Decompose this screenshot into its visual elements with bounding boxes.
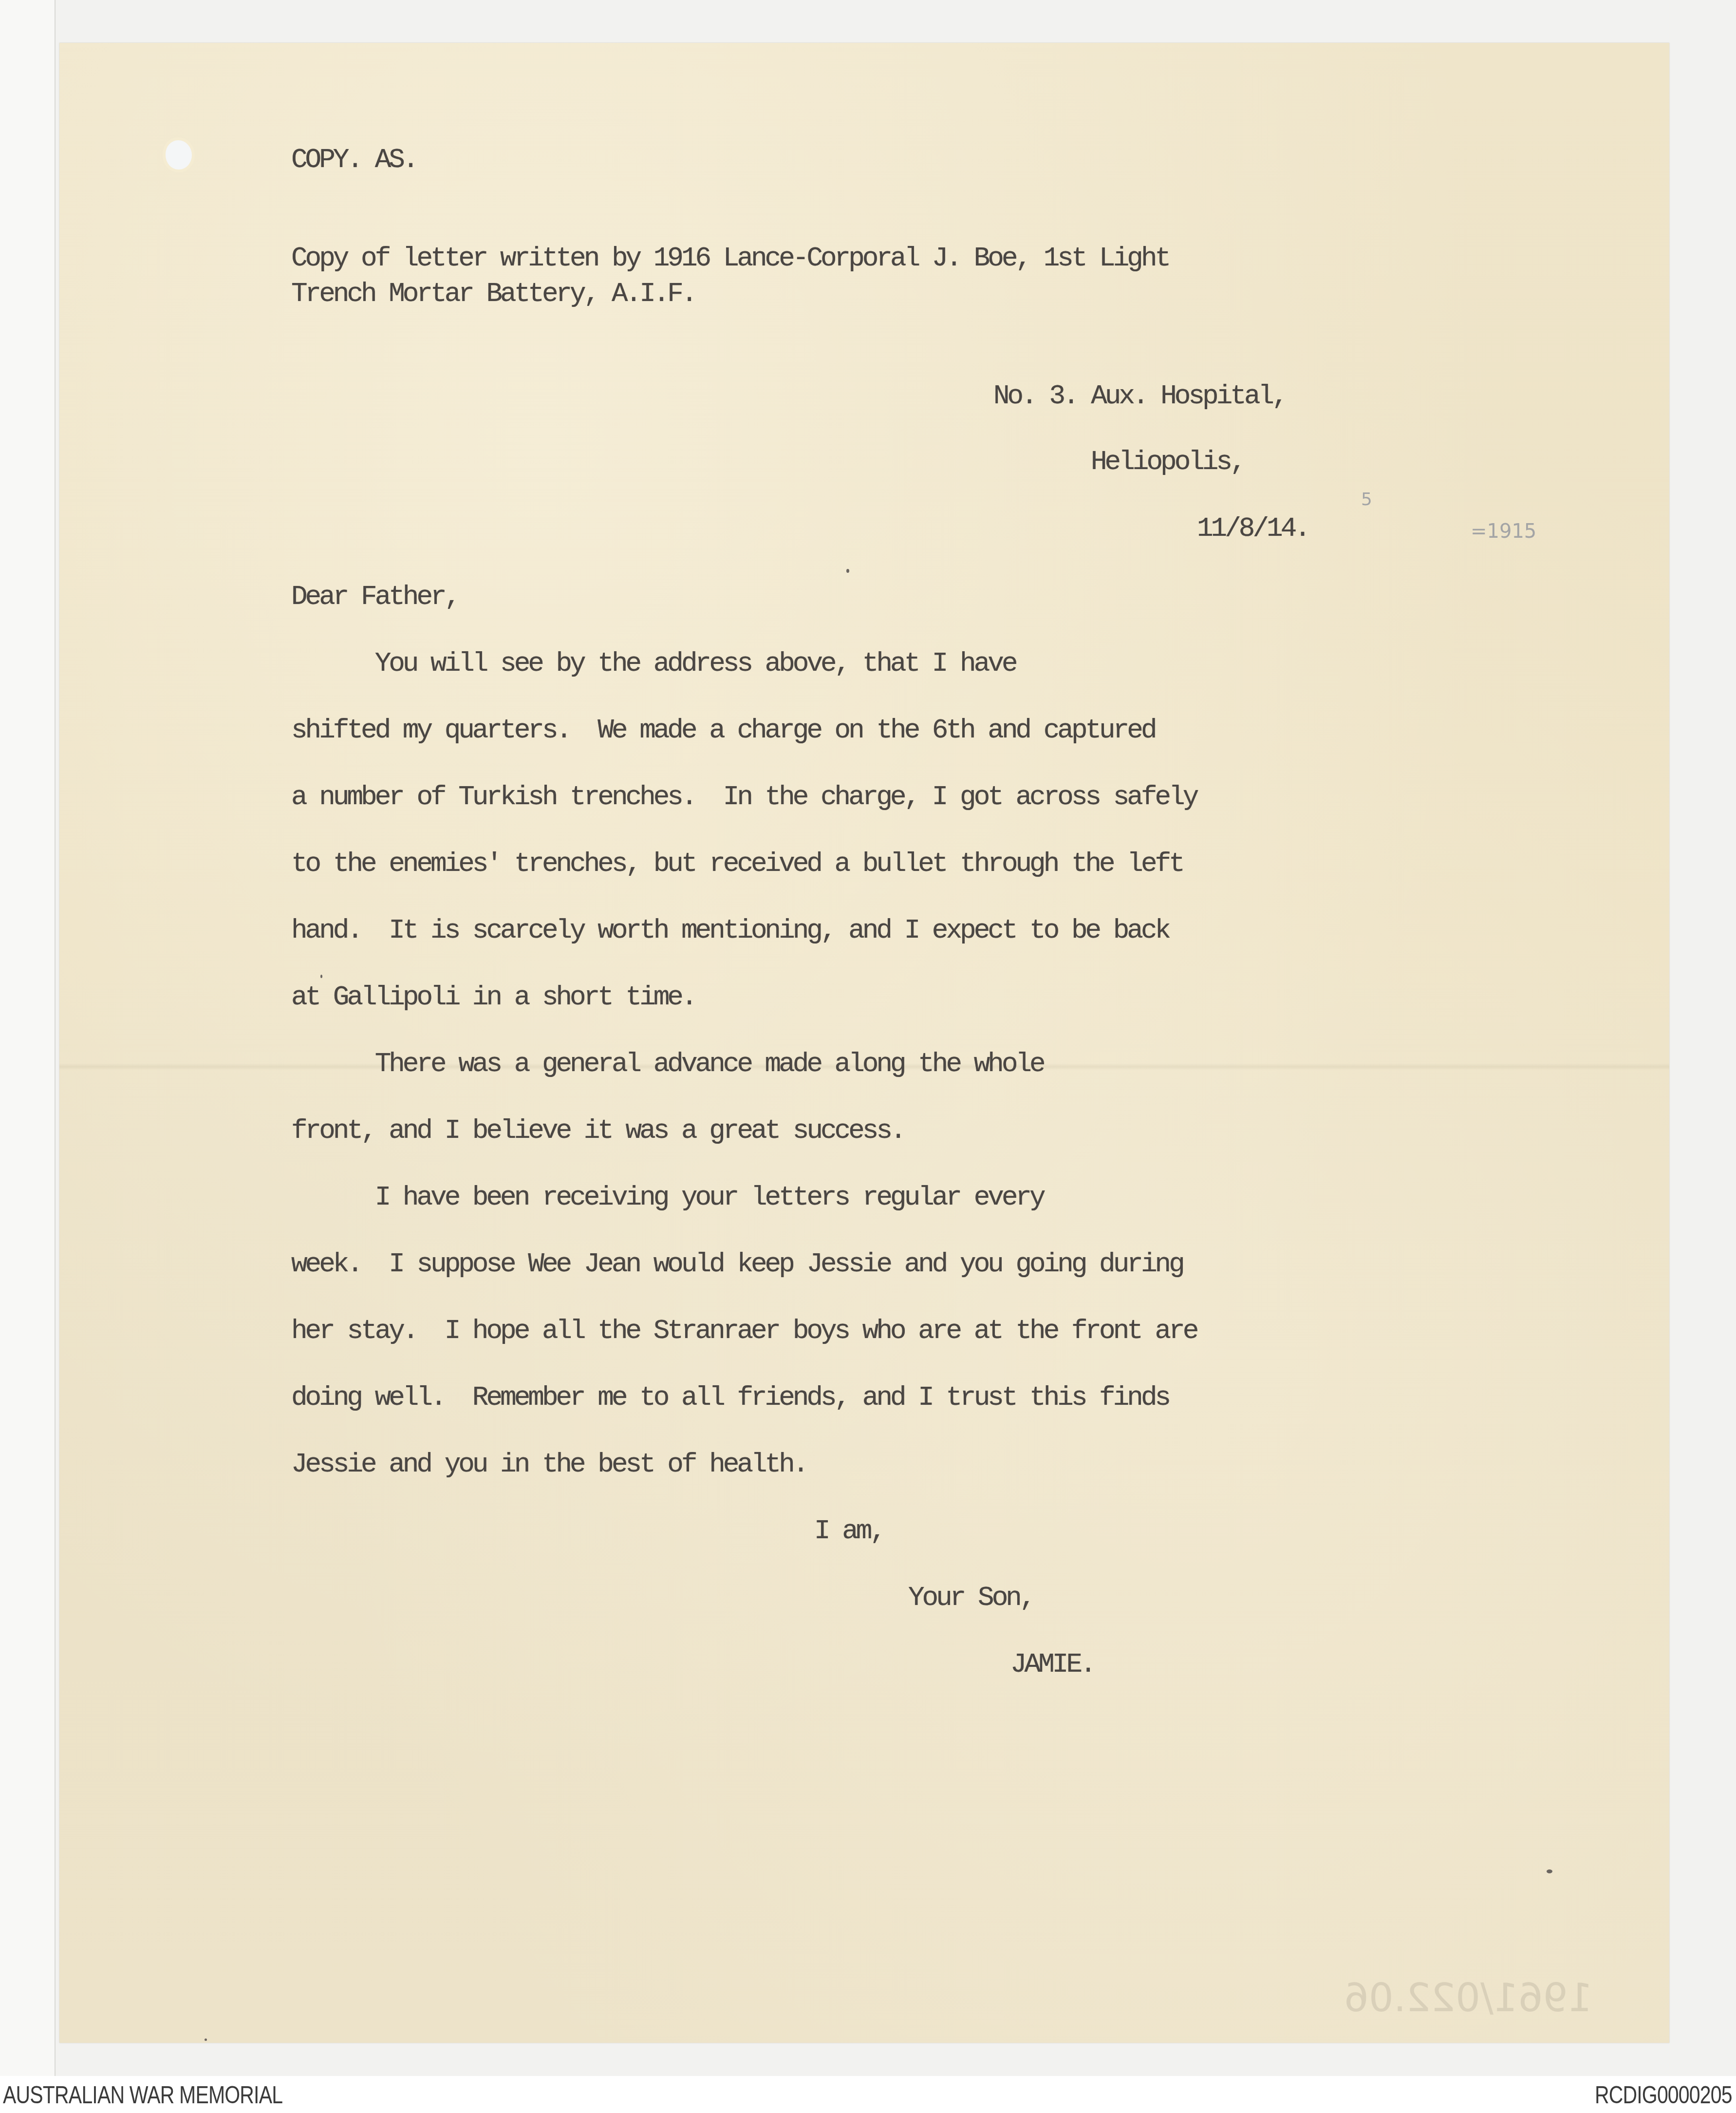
body-line: her stay. I hope all the Stranraer boys … bbox=[291, 1317, 1196, 1344]
body-line: hand. It is scarcely worth mentioning, a… bbox=[291, 917, 1169, 944]
pencil-year-note: =1915 bbox=[1471, 520, 1536, 543]
punch-hole-icon bbox=[166, 140, 192, 170]
pencil-date-correction: 5 bbox=[1361, 490, 1372, 509]
body-line: I have been receiving your letters regul… bbox=[291, 1184, 1044, 1211]
copy-header-mark: COPY. AS. bbox=[291, 146, 416, 173]
institution-name: AUSTRALIAN WAR MEMORIAL bbox=[3, 2081, 282, 2109]
salutation: Dear Father, bbox=[291, 583, 458, 610]
body-line: at Gallipoli in a short time. bbox=[291, 983, 695, 1011]
ink-speck bbox=[205, 2038, 207, 2041]
ink-speck bbox=[846, 569, 849, 573]
closing-your-son: Your Son, bbox=[908, 1584, 1033, 1611]
ink-speck bbox=[1547, 1869, 1552, 1873]
letter-date: 11/8/14. bbox=[1197, 515, 1308, 542]
body-line: to the enemies' trenches, but received a… bbox=[291, 850, 1183, 877]
ink-speck bbox=[320, 975, 322, 978]
body-line: week. I suppose Wee Jean would keep Jess… bbox=[291, 1250, 1183, 1278]
address-hospital: No. 3. Aux. Hospital, bbox=[993, 382, 1286, 410]
body-line: You will see by the address above, that … bbox=[291, 650, 1015, 677]
faint-reverse-marking: 1961/022.06 bbox=[1344, 1975, 1592, 2020]
signature: JAMIE. bbox=[1010, 1651, 1094, 1678]
scanner-edge-strip bbox=[0, 0, 56, 2076]
closing-line: I am, bbox=[814, 1517, 884, 1545]
image-id: RCDIG0000205 bbox=[1595, 2081, 1732, 2109]
address-city: Heliopolis, bbox=[1091, 448, 1244, 475]
title-line-2: Trench Mortar Battery, A.I.F. bbox=[291, 280, 695, 307]
body-line: doing well. Remember me to all friends, … bbox=[291, 1384, 1169, 1411]
title-line-1: Copy of letter written by 1916 Lance-Cor… bbox=[291, 245, 1169, 272]
body-line: front, and I believe it was a great succ… bbox=[291, 1117, 904, 1144]
body-line: a number of Turkish trenches. In the cha… bbox=[291, 783, 1196, 811]
archive-footer: AUSTRALIAN WAR MEMORIAL RCDIG0000205 bbox=[0, 2076, 1736, 2113]
letter-page bbox=[59, 43, 1669, 2043]
body-line: shifted my quarters. We made a charge on… bbox=[291, 717, 1155, 744]
body-line: Jessie and you in the best of health. bbox=[291, 1451, 806, 1478]
body-line: There was a general advance made along t… bbox=[291, 1050, 1044, 1077]
